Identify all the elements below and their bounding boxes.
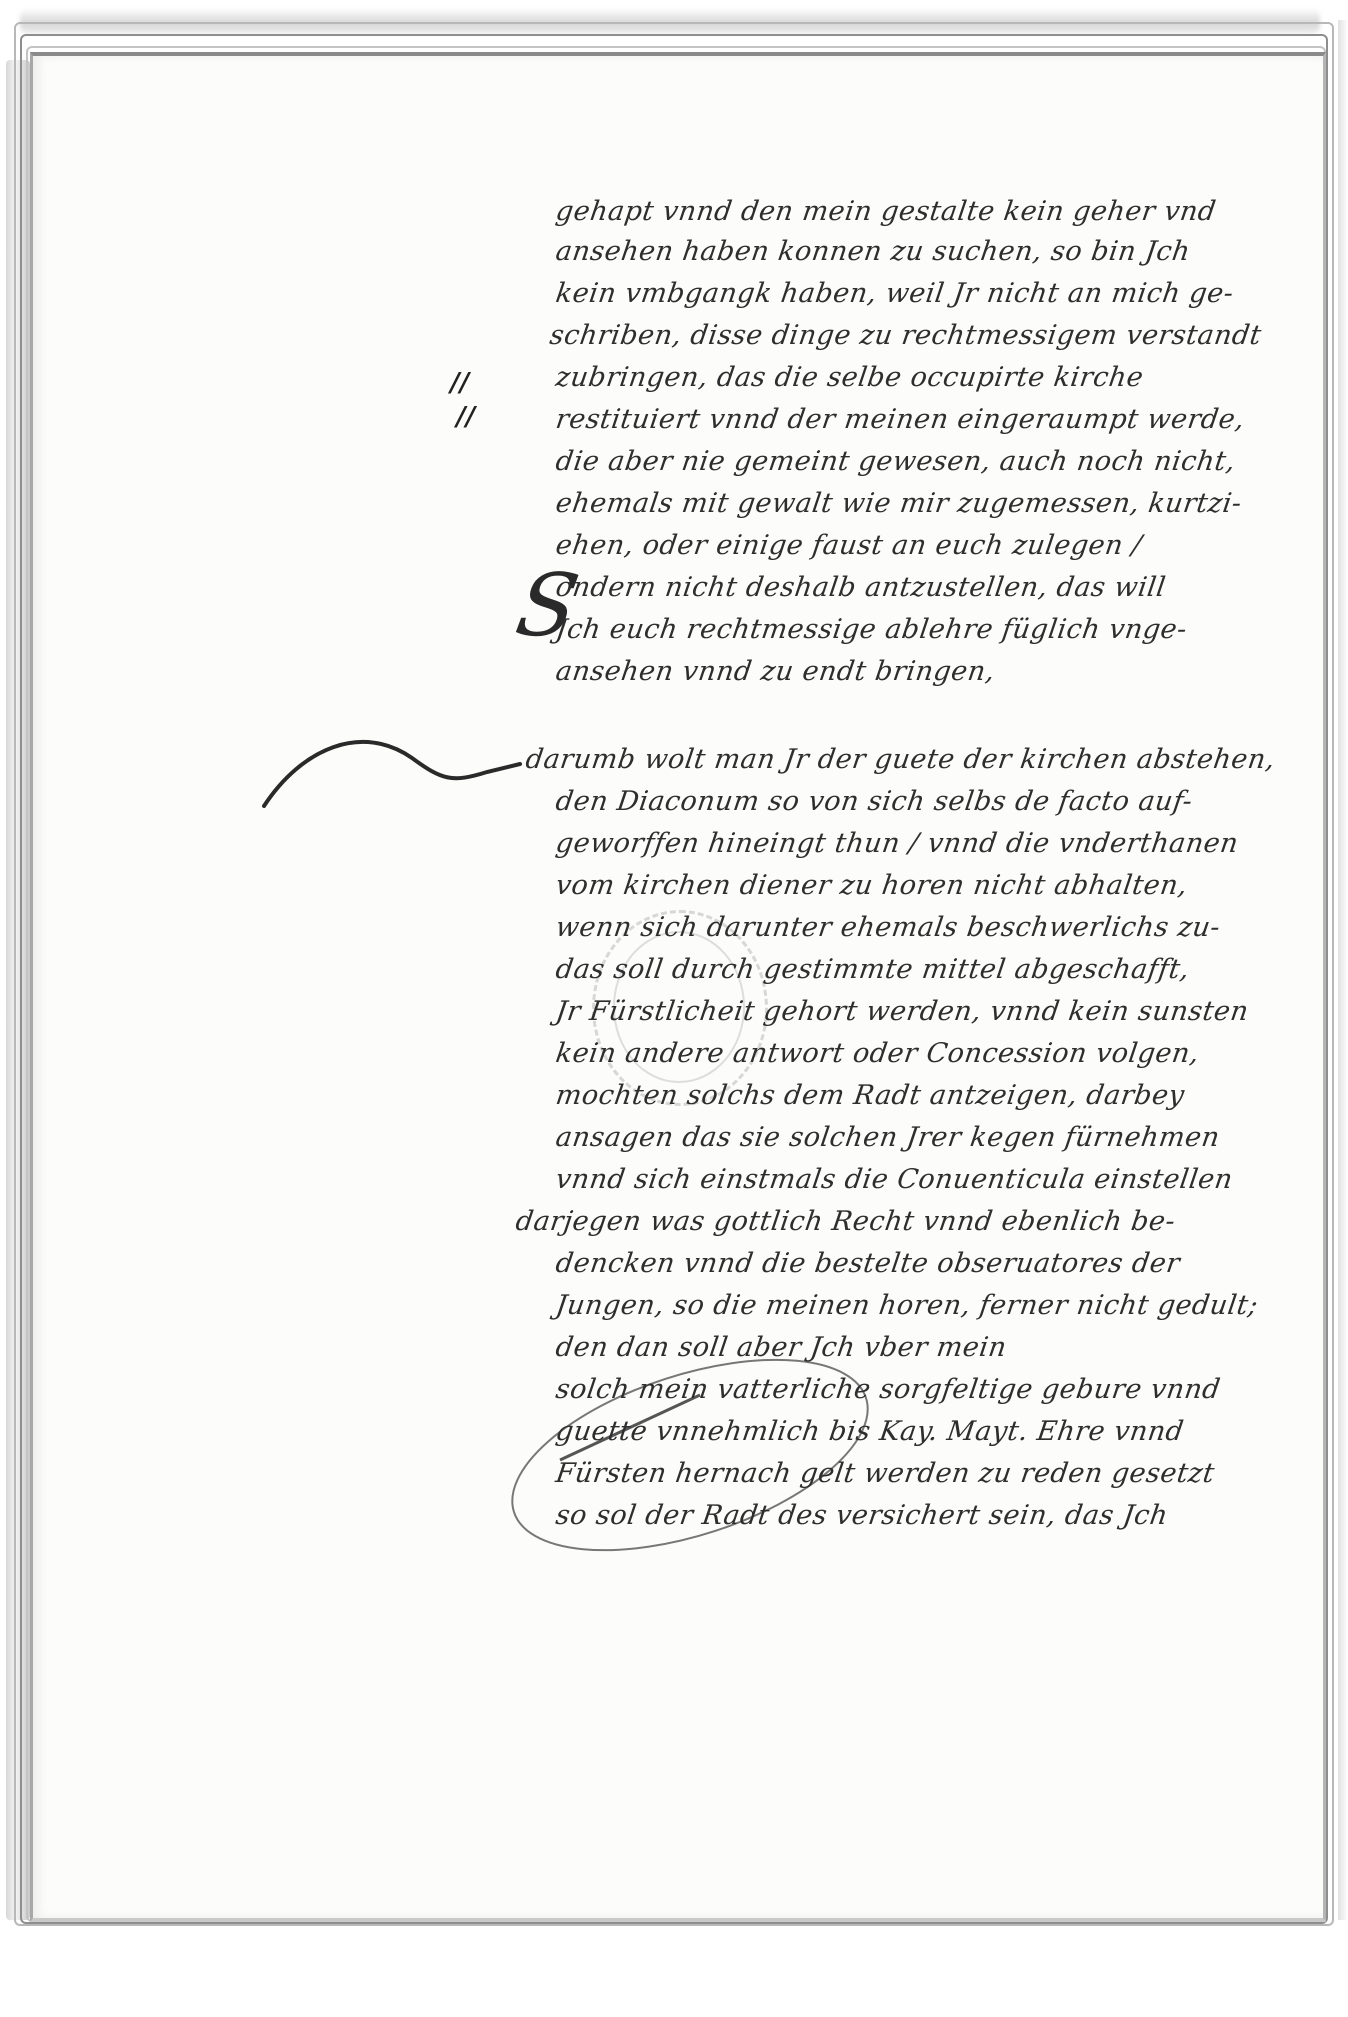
text-line: ehemals mit gewalt wie mir zugemessen, k… — [554, 488, 1244, 519]
text-line: ehen, oder einige faust an euch zulegen … — [554, 530, 1144, 561]
text-line: Jungen, so die meinen horen, ferner nich… — [554, 1290, 1260, 1321]
text-line: vnnd sich einstmals die Conuenticula ein… — [554, 1164, 1235, 1195]
text-line: ansehen haben konnen zu suchen, so bin J… — [554, 236, 1192, 267]
text-line: geworffen hineingt thun / vnnd die vnder… — [554, 828, 1241, 859]
text-line: Fürsten hernach gelt werden zu reden ges… — [554, 1458, 1217, 1489]
text-line: so sol der Radt des versichert sein, das… — [554, 1500, 1170, 1531]
text-line: vom kirchen diener zu horen nicht abhalt… — [554, 870, 1190, 901]
right-page-fold — [1338, 20, 1348, 1920]
text-line: den Diaconum so von sich selbs de facto … — [554, 786, 1195, 817]
text-line: wenn sich darunter ehemals beschwerlichs… — [554, 912, 1222, 943]
text-line: restituiert vnnd der meinen eingeraumpt … — [554, 404, 1247, 435]
margin-flourish-icon — [262, 728, 522, 808]
text-line: mochten solchs dem Radt antzeigen, darbe… — [554, 1080, 1187, 1111]
text-line: zubringen, das die selbe occupirte kirch… — [554, 362, 1146, 393]
text-line: kein andere antwort oder Concession volg… — [554, 1038, 1201, 1069]
text-line: die aber nie gemeint gewesen, auch noch … — [554, 446, 1238, 477]
text-line: ansehen vnnd zu endt bringen, — [554, 656, 997, 687]
text-line: Jr Fürstlicheit gehort werden, vnnd kein… — [554, 996, 1251, 1027]
text-line: gehapt vnnd den mein gestalte kein geher… — [554, 196, 1218, 227]
text-line: ansagen das sie solchen Jrer kegen fürne… — [554, 1122, 1222, 1153]
text-line: darjegen was gottlich Recht vnnd ebenlic… — [514, 1206, 1178, 1237]
text-line: darumb wolt man Jr der guete der kirchen… — [524, 744, 1277, 775]
text-line: das soll durch gestimmte mittel abgescha… — [554, 954, 1192, 985]
text-line: Jch euch rechtmessige ablehre füglich vn… — [554, 614, 1189, 645]
text-line: den dan soll aber Jch vber mein — [554, 1332, 1009, 1363]
margin-mark: // — [456, 402, 475, 432]
text-line: schriben, disse dinge zu rechtmessigem v… — [548, 320, 1264, 351]
text-line: solch mein vatterliche sorgfeltige gebur… — [554, 1374, 1223, 1405]
margin-mark: // — [450, 368, 469, 398]
text-line: kein vmbgangk haben, weil Jr nicht an mi… — [554, 278, 1236, 309]
text-line: guette vnnehmlich bis Kay. Mayt. Ehre vn… — [554, 1416, 1186, 1447]
text-line: dencken vnnd die bestelte obseruatores d… — [554, 1248, 1182, 1279]
text-line: ondern nicht deshalb antzustellen, das w… — [554, 572, 1168, 603]
